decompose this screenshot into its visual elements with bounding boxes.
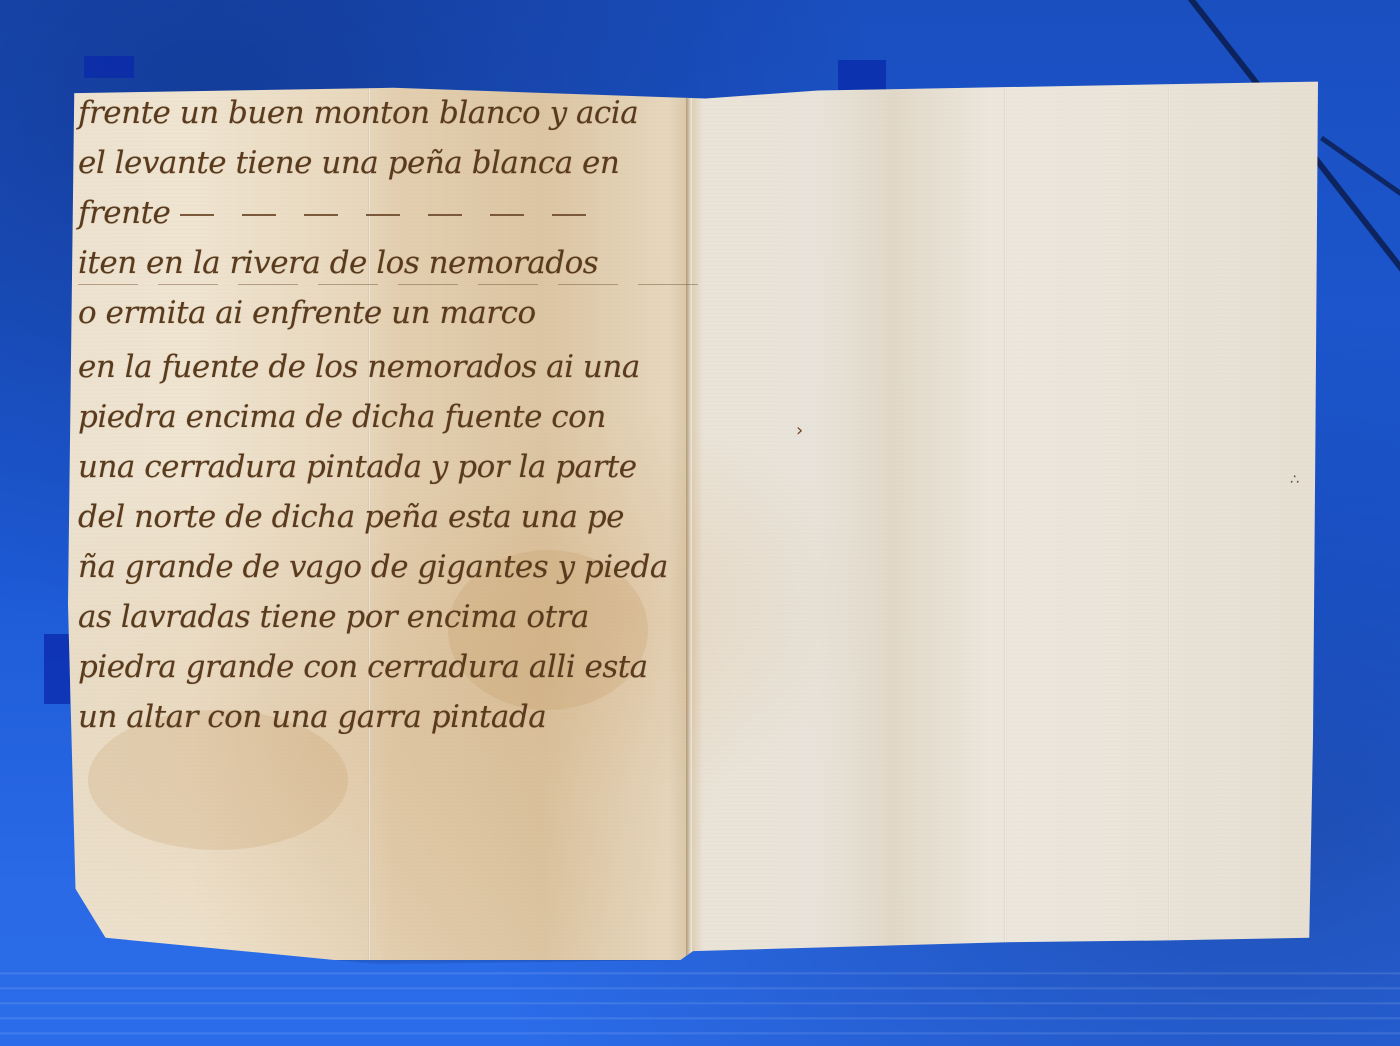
text-line: ña grande de vago de gigantes y pieda xyxy=(78,542,698,592)
background-texture xyxy=(0,960,1400,1046)
text-line: del norte de dicha peña esta una pe xyxy=(78,492,698,542)
text-line: un altar con una garra pintada xyxy=(78,692,698,742)
line-filler-dashes xyxy=(180,214,600,216)
handwritten-text: frente un buen monton blanco y acia el l… xyxy=(78,88,698,742)
paper-fold xyxy=(1004,70,1007,960)
text-line: piedra encima de dicha fuente con xyxy=(78,392,698,442)
text-line: o ermita ai enfrente un marco xyxy=(78,288,698,338)
mounting-tape xyxy=(838,60,886,92)
mounting-tape xyxy=(84,56,134,78)
ink-specks: ∴ xyxy=(1290,472,1299,488)
text-line: frente xyxy=(78,188,698,238)
text-line: frente un buen monton blanco y acia xyxy=(78,88,698,138)
text-line: una cerradura pintada y por la parte xyxy=(78,442,698,492)
paper-fold xyxy=(1168,70,1171,960)
text-line: en la fuente de los nemorados ai una xyxy=(78,342,698,392)
text-line: el levante tiene una peña blanca en xyxy=(78,138,698,188)
margin-mark: › xyxy=(796,420,803,441)
section-divider xyxy=(78,284,698,285)
text-line: as lavradas tiene por encima otra xyxy=(78,592,698,642)
text-line: piedra grande con cerradura alli esta xyxy=(78,642,698,692)
mounting-tape xyxy=(44,634,70,704)
text-line: iten en la rivera de los nemorados xyxy=(78,238,698,288)
